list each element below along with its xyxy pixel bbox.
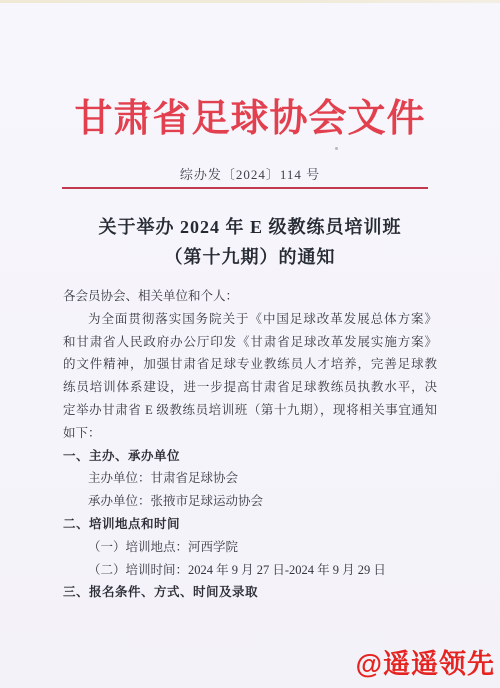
document-number: 综办发〔2024〕114 号 bbox=[0, 166, 500, 184]
training-time-line: （二）培训时间：2024 年 9 月 27 日-2024 年 9 月 29 日 bbox=[63, 559, 437, 582]
watermark: @遥遥领先 bbox=[356, 649, 495, 679]
scan-top-edge bbox=[0, 0, 500, 3]
notice-title-line2: （第十九期）的通知 bbox=[0, 242, 500, 272]
paragraph-line-4: 练员培训体系建设，进一步提高甘肃省足球教练员执教水平，决 bbox=[63, 376, 437, 399]
section-heading-registration: 三、报名条件、方式、时间及录取 bbox=[63, 581, 437, 604]
organizer-unit-line: 承办单位：张掖市足球运动协会 bbox=[63, 490, 437, 513]
paragraph-line-3: 的文件精神，加强甘肃省足球专业教练员人才培养，完善足球教 bbox=[63, 353, 437, 376]
notice-title: 关于举办 2024 年 E 级教练员培训班 （第十九期）的通知 bbox=[0, 212, 500, 272]
notice-title-line1: 关于举办 2024 年 E 级教练员培训班 bbox=[0, 212, 500, 242]
header-divider-rule bbox=[62, 187, 428, 189]
paragraph-line-6: 如下： bbox=[63, 422, 437, 445]
scan-speck bbox=[335, 147, 338, 150]
document-header-title: 甘肃省足球协会文件 bbox=[0, 0, 500, 141]
notice-body: 各会员协会、相关单位和个人： 为全面贯彻落实国务院关于《中国足球改革发展总体方案… bbox=[0, 285, 500, 604]
paragraph-line-5: 定举办甘肃省 E 级教练员培训班（第十九期），现将相关事宜通知 bbox=[63, 399, 437, 422]
training-location-line: （一）培训地点：河西学院 bbox=[63, 536, 437, 559]
paragraph-line-1: 为全面贯彻落实国务院关于《中国足球改革发展总体方案》 bbox=[63, 308, 437, 331]
paragraph-line-2: 和甘肃省人民政府办公厅印发《甘肃省足球改革发展实施方案》 bbox=[63, 331, 437, 354]
salutation-line: 各会员协会、相关单位和个人： bbox=[63, 285, 437, 308]
section-heading-organizers: 一、主办、承办单位 bbox=[63, 445, 437, 468]
section-heading-location-time: 二、培训地点和时间 bbox=[63, 513, 437, 536]
document-page: 甘肃省足球协会文件 综办发〔2024〕114 号 关于举办 2024 年 E 级… bbox=[0, 0, 500, 688]
host-unit-line: 主办单位：甘肃省足球协会 bbox=[63, 467, 437, 490]
